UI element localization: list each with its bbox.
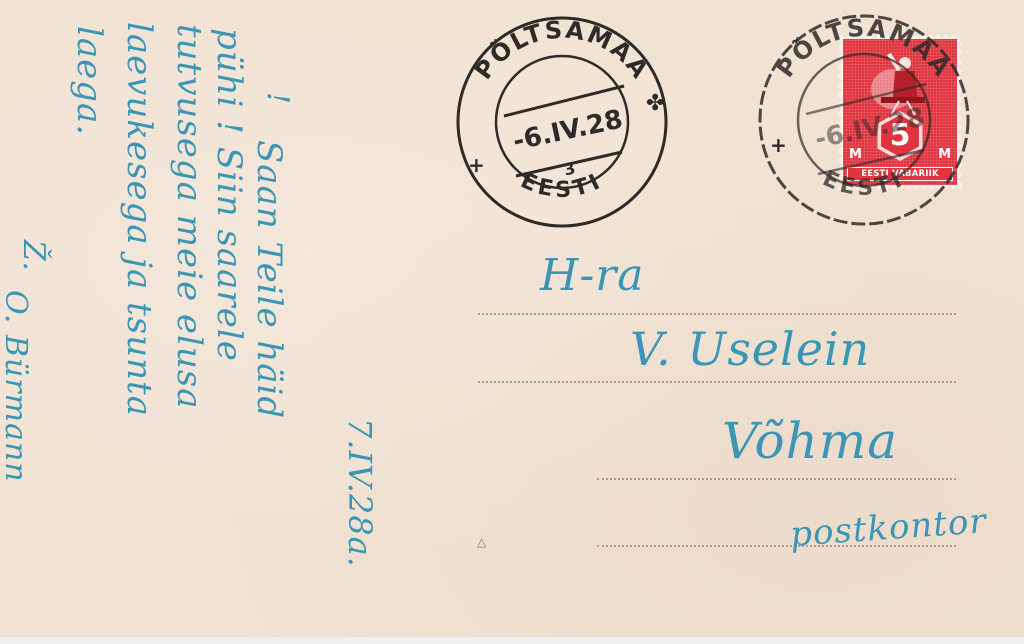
message-line-3: tutvusega meie elusa: [172, 24, 206, 410]
stamp-currency-right: M: [938, 147, 951, 162]
address-post-office: postkontor: [789, 501, 988, 555]
stamp-currency-left: M: [849, 147, 862, 162]
stamp-inscription: EESTI VABARIIK: [848, 168, 952, 180]
address-line-1: [478, 313, 956, 315]
postmark-town: PÕLTSAMAA: [469, 16, 655, 85]
signature-initial: Ž.: [18, 240, 48, 272]
postmark-date: -6.IV.28: [510, 105, 625, 157]
message-date: 7.IV.28a.: [344, 418, 376, 568]
address-name: V. Uselein: [630, 322, 870, 376]
cross-mark-icon: +: [770, 133, 787, 157]
clover-mark-icon: ✤: [646, 91, 664, 116]
postage-stamp: 5 M M EESTI VABARIIK: [838, 34, 962, 190]
postmark: PÕLTSAMAA EESTI ✤ + -6.IV.28 3: [446, 6, 678, 242]
message-line-2: pühi ! Siin saarele: [212, 28, 246, 362]
stamp-value-hexagon: 5: [875, 111, 925, 161]
message-line-5: laega.: [72, 26, 106, 136]
svg-text:PÕLTSAMAA: PÕLTSAMAA: [469, 16, 655, 85]
triangle-mark-icon: △: [477, 535, 486, 549]
address-salutation: H-ra: [540, 250, 645, 301]
address-line-3: [597, 478, 956, 480]
blacksmith-icon: [871, 49, 931, 115]
message-exclamation: !: [262, 92, 292, 105]
address-town: Võhma: [722, 412, 898, 470]
message-line-4: laevukesega ja tsunta: [122, 22, 156, 417]
postcard: ! Saan Teile häid pühi ! Siin saarele tu…: [0, 0, 1024, 637]
message-line-1: Saan Teile häid: [252, 140, 286, 419]
address-line-2: [478, 381, 956, 383]
cross-mark-icon: +: [468, 153, 485, 177]
stamp-value: 5: [879, 115, 921, 157]
signature: O. Bürmann: [0, 290, 30, 483]
